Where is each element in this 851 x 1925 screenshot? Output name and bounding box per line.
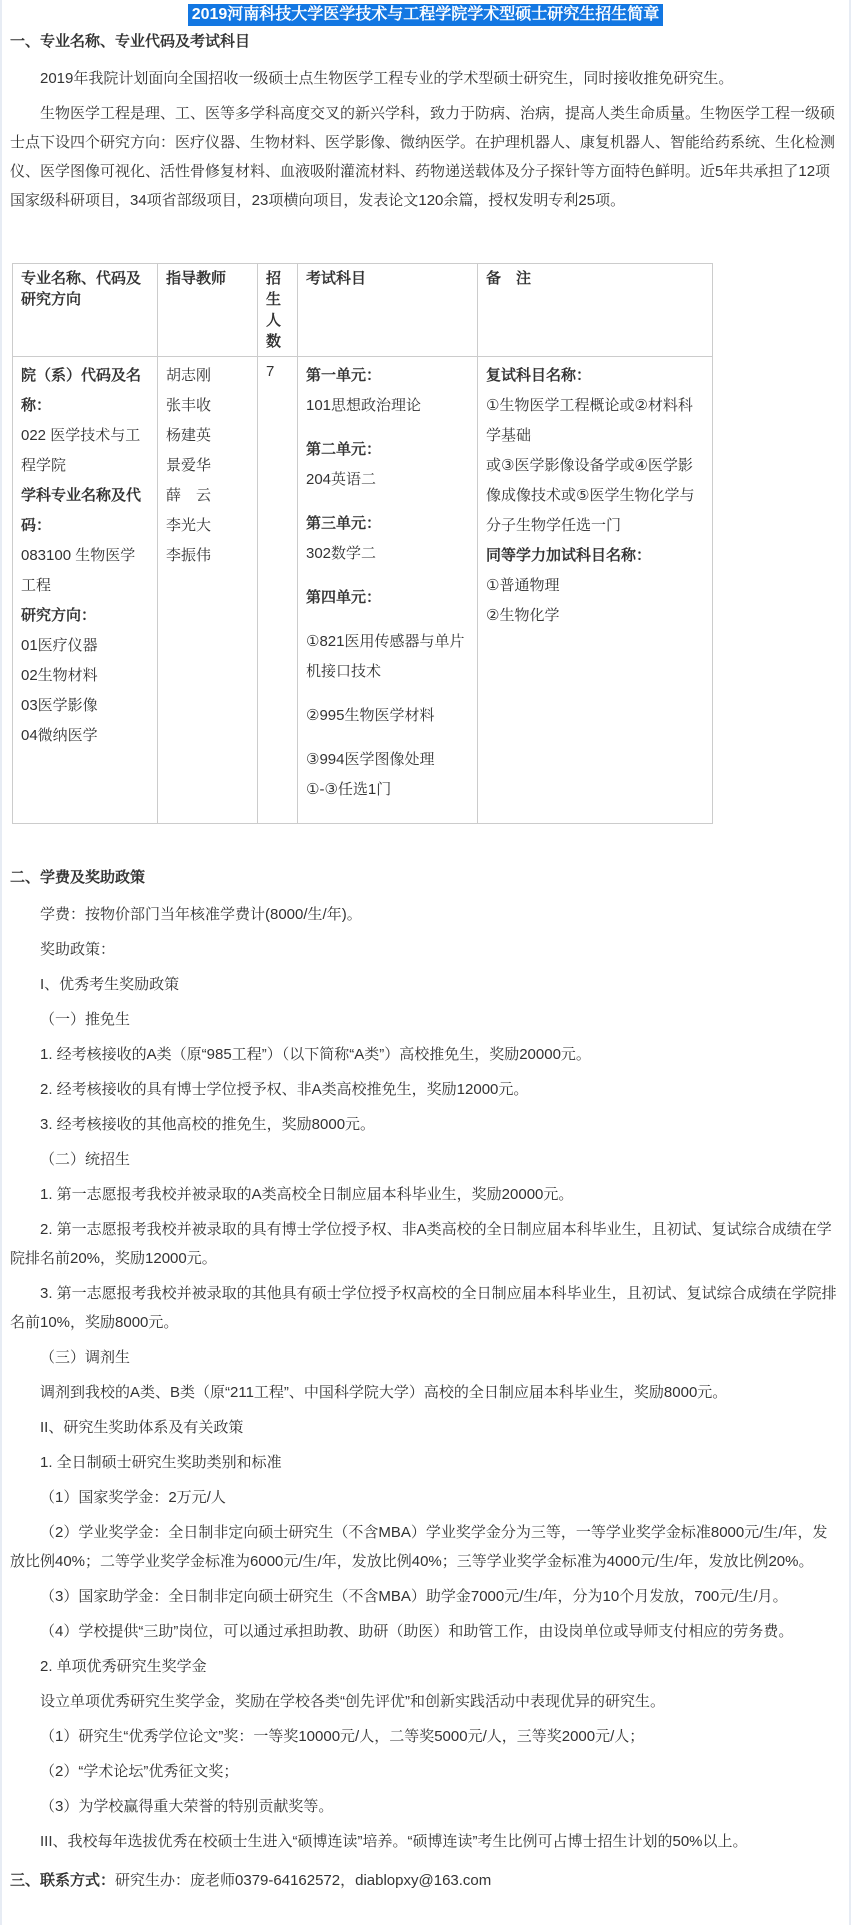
exam-group: 第三单元：302数学二 xyxy=(306,509,469,569)
cell-line: 083100 生物医学工程 xyxy=(21,541,149,601)
paragraph: 2. 单项优秀研究生奖学金 xyxy=(10,1652,841,1681)
paragraph: 2. 第一志愿报考我校并被录取的具有博士学位授予权、非A类高校的全日制应届本科毕… xyxy=(10,1215,841,1273)
table-header-row: 专业名称、代码及研究方向指导教师招生人数考试科目备 注 xyxy=(13,264,713,357)
paragraph: 2. 经考核接收的具有博士学位授予权、非A类高校推免生，奖励12000元。 xyxy=(10,1075,841,1104)
paragraph: II、研究生奖助体系及有关政策 xyxy=(10,1413,841,1442)
cell-line: ①821医用传感器与单片机接口技术 xyxy=(306,627,469,687)
cell-line: ③994医学图像处理 xyxy=(306,745,469,775)
table-cell-advisors: 胡志刚张丰收杨建英景爱华薛 云李光大李振伟 xyxy=(158,357,258,824)
paragraph: （三）调剂生 xyxy=(10,1343,841,1372)
paragraph: （3）国家助学金：全日制非定向硕士研究生（不含MBA）助学金7000元/生/年，… xyxy=(10,1582,841,1611)
table-cell-exams: 第一单元：101思想政治理论第二单元：204英语二第三单元：302数学二第四单元… xyxy=(298,357,478,824)
paragraph: 调剂到我校的A类、B类（原“211工程”、中国科学院大学）高校的全日制应届本科毕… xyxy=(10,1378,841,1407)
cell-line: 院（系）代码及名称： xyxy=(21,361,149,421)
cell-line: ①普通物理 xyxy=(486,571,704,601)
cell-line: 学科专业名称及代码： xyxy=(21,481,149,541)
cell-line: 03医学影像 xyxy=(21,691,149,721)
table-cell-program: 院（系）代码及名称：022 医学技术与工程学院学科专业名称及代码：083100 … xyxy=(13,357,158,824)
section2-heading: 二、学费及奖助政策 xyxy=(10,866,841,890)
intro-paragraphs: 2019年我院计划面向全国招收一级硕士点生物医学工程专业的学术型硕士研究生，同时… xyxy=(10,64,841,215)
cell-line: 204英语二 xyxy=(306,465,469,495)
cell-line: 第四单元： xyxy=(306,583,469,613)
paragraph: 2019年我院计划面向全国招收一级硕士点生物医学工程专业的学术型硕士研究生，同时… xyxy=(10,64,841,93)
exam-group: 第一单元：101思想政治理论 xyxy=(306,361,469,421)
cell-line: ②995生物医学材料 xyxy=(306,701,469,731)
section3-heading: 三、联系方式： xyxy=(10,1872,115,1889)
exam-group: ③994医学图像处理①-③任选1门 xyxy=(306,745,469,805)
paragraph: （2）学业奖学金：全日制非定向硕士研究生（不含MBA）学业奖学金分为三等，一等学… xyxy=(10,1518,841,1576)
paragraph: 3. 第一志愿报考我校并被录取的其他具有硕士学位授予权高校的全日制应届本科毕业生… xyxy=(10,1279,841,1337)
cell-line: 复试科目名称： xyxy=(486,361,704,391)
cell-line: 同等学力加试科目名称： xyxy=(486,541,704,571)
cell-line: 第一单元： xyxy=(306,361,469,391)
paragraph: （3）为学校赢得重大荣誉的特别贡献奖等。 xyxy=(10,1792,841,1821)
advisor-name: 李光大 xyxy=(166,511,249,541)
paragraph: （二）统招生 xyxy=(10,1145,841,1174)
advisor-name: 薛 云 xyxy=(166,481,249,511)
cell-line: ②生物化学 xyxy=(486,601,704,631)
paragraph: 3. 经考核接收的其他高校的推免生，奖励8000元。 xyxy=(10,1110,841,1139)
table-header-cell: 备 注 xyxy=(478,264,713,357)
cell-line: 01医疗仪器 xyxy=(21,631,149,661)
table-header-cell: 招生人数 xyxy=(258,264,298,357)
advisor-name: 杨建英 xyxy=(166,421,249,451)
paragraph: III、我校每年选拔优秀在校硕士生进入“硕博连读”培养。“硕博连读”考生比例可占… xyxy=(10,1827,841,1856)
cell-line: 02生物材料 xyxy=(21,661,149,691)
exam-group: ①821医用传感器与单片机接口技术 xyxy=(306,627,469,687)
admission-table: 专业名称、代码及研究方向指导教师招生人数考试科目备 注 院（系）代码及名称：02… xyxy=(12,263,713,824)
cell-line: 022 医学技术与工程学院 xyxy=(21,421,149,481)
cell-line: 101思想政治理论 xyxy=(306,391,469,421)
paragraph: 奖助政策： xyxy=(10,935,841,964)
table-header-cell: 指导教师 xyxy=(158,264,258,357)
paragraph: （2）“学术论坛”优秀征文奖； xyxy=(10,1757,841,1786)
table-cell-remarks: 复试科目名称：①生物医学工程概论或②材料科学基础或③医学影像设备学或④医学影像成… xyxy=(478,357,713,824)
exam-group: ②995生物医学材料 xyxy=(306,701,469,731)
cell-line: 04微纳医学 xyxy=(21,721,149,751)
paragraph: （1）国家奖学金：2万元/人 xyxy=(10,1483,841,1512)
paragraph: 1. 第一志愿报考我校并被录取的A类高校全日制应届本科毕业生，奖励20000元。 xyxy=(10,1180,841,1209)
cell-line: 研究方向： xyxy=(21,601,149,631)
paragraph: 生物医学工程是理、工、医等多学科高度交叉的新兴学科，致力于防病、治病，提高人类生… xyxy=(10,99,841,215)
paragraph: 学费：按物价部门当年核准学费计(8000/生/年)。 xyxy=(10,900,841,929)
paragraph: 设立单项优秀研究生奖学金，奖励在学校各类“创先评优”和创新实践活动中表现优异的研… xyxy=(10,1687,841,1716)
paragraph: 1. 经考核接收的A类（原“985工程”）（以下简称“A类”）高校推免生，奖励2… xyxy=(10,1040,841,1069)
cell-line: ①生物医学工程概论或②材料科学基础 xyxy=(486,391,704,451)
cell-line: 302数学二 xyxy=(306,539,469,569)
paragraph: 1. 全日制硕士研究生奖助类别和标准 xyxy=(10,1448,841,1477)
table-cell-enrollment: 7 xyxy=(258,357,298,824)
paragraph: （1）研究生“优秀学位论文”奖：一等奖10000元/人，二等奖5000元/人，三… xyxy=(10,1722,841,1751)
table-header-cell: 考试科目 xyxy=(298,264,478,357)
cell-line: ①-③任选1门 xyxy=(306,775,469,805)
paragraph: I、优秀考生奖励政策 xyxy=(10,970,841,999)
advisor-name: 李振伟 xyxy=(166,541,249,571)
advisor-name: 胡志刚 xyxy=(166,361,249,391)
table-row: 院（系）代码及名称：022 医学技术与工程学院学科专业名称及代码：083100 … xyxy=(13,357,713,824)
table-header-cell: 专业名称、代码及研究方向 xyxy=(13,264,158,357)
document-page: 2019河南科技大学医学技术与工程学院学术型硕士研究生招生简章 一、专业名称、专… xyxy=(0,0,851,1925)
cell-line: 第三单元： xyxy=(306,509,469,539)
cell-line: 第二单元： xyxy=(306,435,469,465)
contact-line: 三、联系方式：研究生办：庞老师0379-64162572，diablopxy@1… xyxy=(10,1866,841,1895)
contact-text: 研究生办：庞老师0379-64162572，diablopxy@163.com xyxy=(115,1872,491,1889)
paragraph: （一）推免生 xyxy=(10,1005,841,1034)
advisor-name: 景爱华 xyxy=(166,451,249,481)
section1-heading: 一、专业名称、专业代码及考试科目 xyxy=(10,30,841,54)
cell-line: 或③医学影像设备学或④医学影像成像技术或⑤医学生物化学与分子生物学任选一门 xyxy=(486,451,704,541)
title-row: 2019河南科技大学医学技术与工程学院学术型硕士研究生招生简章 xyxy=(10,3,841,26)
exam-group: 第二单元：204英语二 xyxy=(306,435,469,495)
advisor-name: 张丰收 xyxy=(166,391,249,421)
page-title: 2019河南科技大学医学技术与工程学院学术型硕士研究生招生简章 xyxy=(188,4,664,26)
paragraph: （4）学校提供“三助”岗位，可以通过承担助教、助研（助医）和助管工作，由设岗单位… xyxy=(10,1617,841,1646)
exam-group: 第四单元： xyxy=(306,583,469,613)
policy-paragraphs: 学费：按物价部门当年核准学费计(8000/生/年)。奖助政策：I、优秀考生奖励政… xyxy=(10,900,841,1856)
